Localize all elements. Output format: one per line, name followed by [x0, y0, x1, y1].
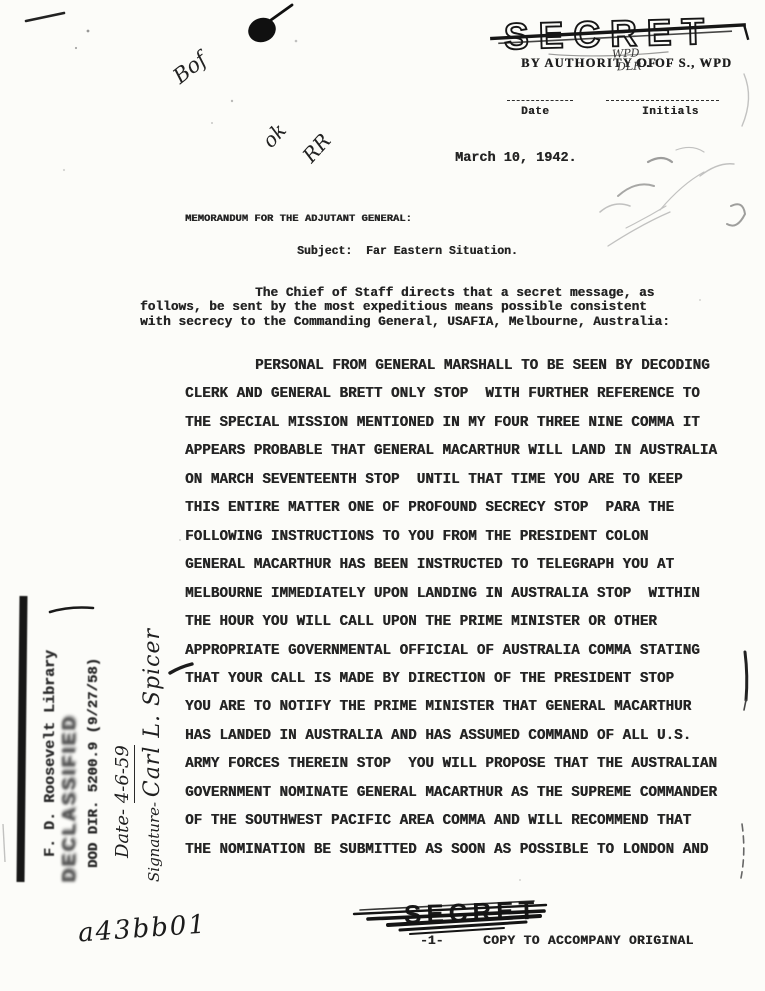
message-line: CLERK AND GENERAL BRETT ONLY STOP WITH F…	[185, 380, 760, 408]
declass-signature: Signature- Carl L. Spicer	[140, 628, 165, 882]
message-line: THAT YOUR CALL IS MADE BY DIRECTION OF T…	[185, 665, 760, 693]
message-line: APPROPRIATE GOVERNMENTAL OFFICIAL OF AUS…	[185, 637, 760, 665]
memo-date: March 10, 1942.	[455, 151, 577, 167]
initials-label: Initials	[642, 106, 699, 119]
message-line: FOLLOWING INSTRUCTIONS TO YOU FROM THE P…	[185, 523, 760, 551]
handwritten-ok: ok	[257, 118, 291, 152]
declass-date-label: Date-	[112, 803, 133, 858]
message-line: YOU ARE TO NOTIFY THE PRIME MINISTER THA…	[185, 693, 760, 721]
copy-note: COPY TO ACCOMPANY ORIGINAL	[483, 933, 694, 949]
date-signature-line	[507, 100, 573, 101]
authority-stamp-office: C. OF S., WPD	[636, 56, 732, 71]
stamp-edge-bar	[17, 596, 28, 882]
intro-line: The Chief of Staff directs that a secret…	[140, 286, 700, 300]
declassified-stamp: DECLASSIFIED	[59, 714, 80, 882]
page-number: -1-	[420, 933, 443, 949]
date-label: Date	[521, 106, 549, 119]
memo-addressee: MEMORANDUM FOR THE ADJUTANT GENERAL:	[185, 213, 412, 226]
memo-subject: Subject: Far Eastern Situation.	[297, 245, 518, 259]
handwritten-bof: Bof	[168, 48, 211, 89]
secret-stamp-bottom-svg: SECRET	[348, 892, 553, 938]
initials-signature-line	[606, 100, 719, 101]
top-left-pen-dash	[26, 13, 89, 49]
message-line: MELBOURNE IMMEDIATELY UPON LANDING IN AU…	[185, 580, 760, 608]
intro-line: follows, be sent by the most expeditious…	[140, 300, 700, 314]
handwritten-wpd: WPD	[612, 46, 640, 60]
ink-blot	[245, 5, 292, 46]
message-line: HAS LANDED IN AUSTRALIA AND HAS ASSUMED …	[185, 722, 760, 750]
stamp-area-dash	[50, 608, 93, 613]
message-line: THE NOMINATION BE SUBMITTED AS SOON AS P…	[185, 836, 760, 864]
memo-message-body: PERSONAL FROM GENERAL MARSHALL TO BE SEE…	[185, 352, 760, 864]
handwritten-rr: RR	[298, 129, 336, 167]
message-line: PERSONAL FROM GENERAL MARSHALL TO BE SEE…	[185, 352, 760, 380]
catalog-number-handwritten: a43bb01	[77, 910, 208, 949]
message-line: THE HOUR YOU WILL CALL UPON THE PRIME MI…	[185, 608, 760, 636]
message-line: ON MARCH SEVENTEENTH STOP UNTIL THAT TIM…	[185, 466, 760, 494]
intro-line: with secrecy to the Commanding General, …	[140, 315, 700, 329]
message-line: THIS ENTIRE MATTER ONE OF PROFOUND SECRE…	[185, 494, 760, 522]
handwritten-dlr: DLR	[617, 60, 642, 74]
message-line: ARMY FORCES THEREIN STOP YOU WILL PROPOS…	[185, 750, 760, 778]
handwritten-ok-rr: ok RR	[227, 90, 349, 210]
message-line: GENERAL MACARTHUR HAS BEEN INSTRUCTED TO…	[185, 551, 760, 579]
library-stamp: F. D. Roosevelt Library	[42, 650, 59, 857]
dod-directive-stamp: DOD DIR. 5200.9 (9/27/58)	[86, 658, 102, 868]
memo-intro-paragraph: The Chief of Staff directs that a secret…	[140, 286, 700, 329]
declass-date-value: 4-6-59	[112, 745, 135, 803]
message-line: APPEARS PROBABLE THAT GENERAL MACARTHUR …	[185, 437, 760, 465]
strike-end-tick	[744, 24, 748, 40]
signature-label: Signature-	[145, 797, 163, 882]
declass-date-handwritten: Date- 4-6-59	[112, 745, 133, 858]
signature-name: Carl L. Spicer	[140, 628, 165, 797]
message-line: THE SPECIAL MISSION MENTIONED IN MY FOUR…	[185, 409, 760, 437]
document-page: SECRET BY AUTHORITY OF C. OF S., WPD WPD…	[0, 0, 765, 991]
message-line: GOVERNMENT NOMINATE GENERAL MACARTHUR AS…	[185, 779, 760, 807]
message-line: OF THE SOUTHWEST PACIFIC AREA COMMA AND …	[185, 807, 760, 835]
